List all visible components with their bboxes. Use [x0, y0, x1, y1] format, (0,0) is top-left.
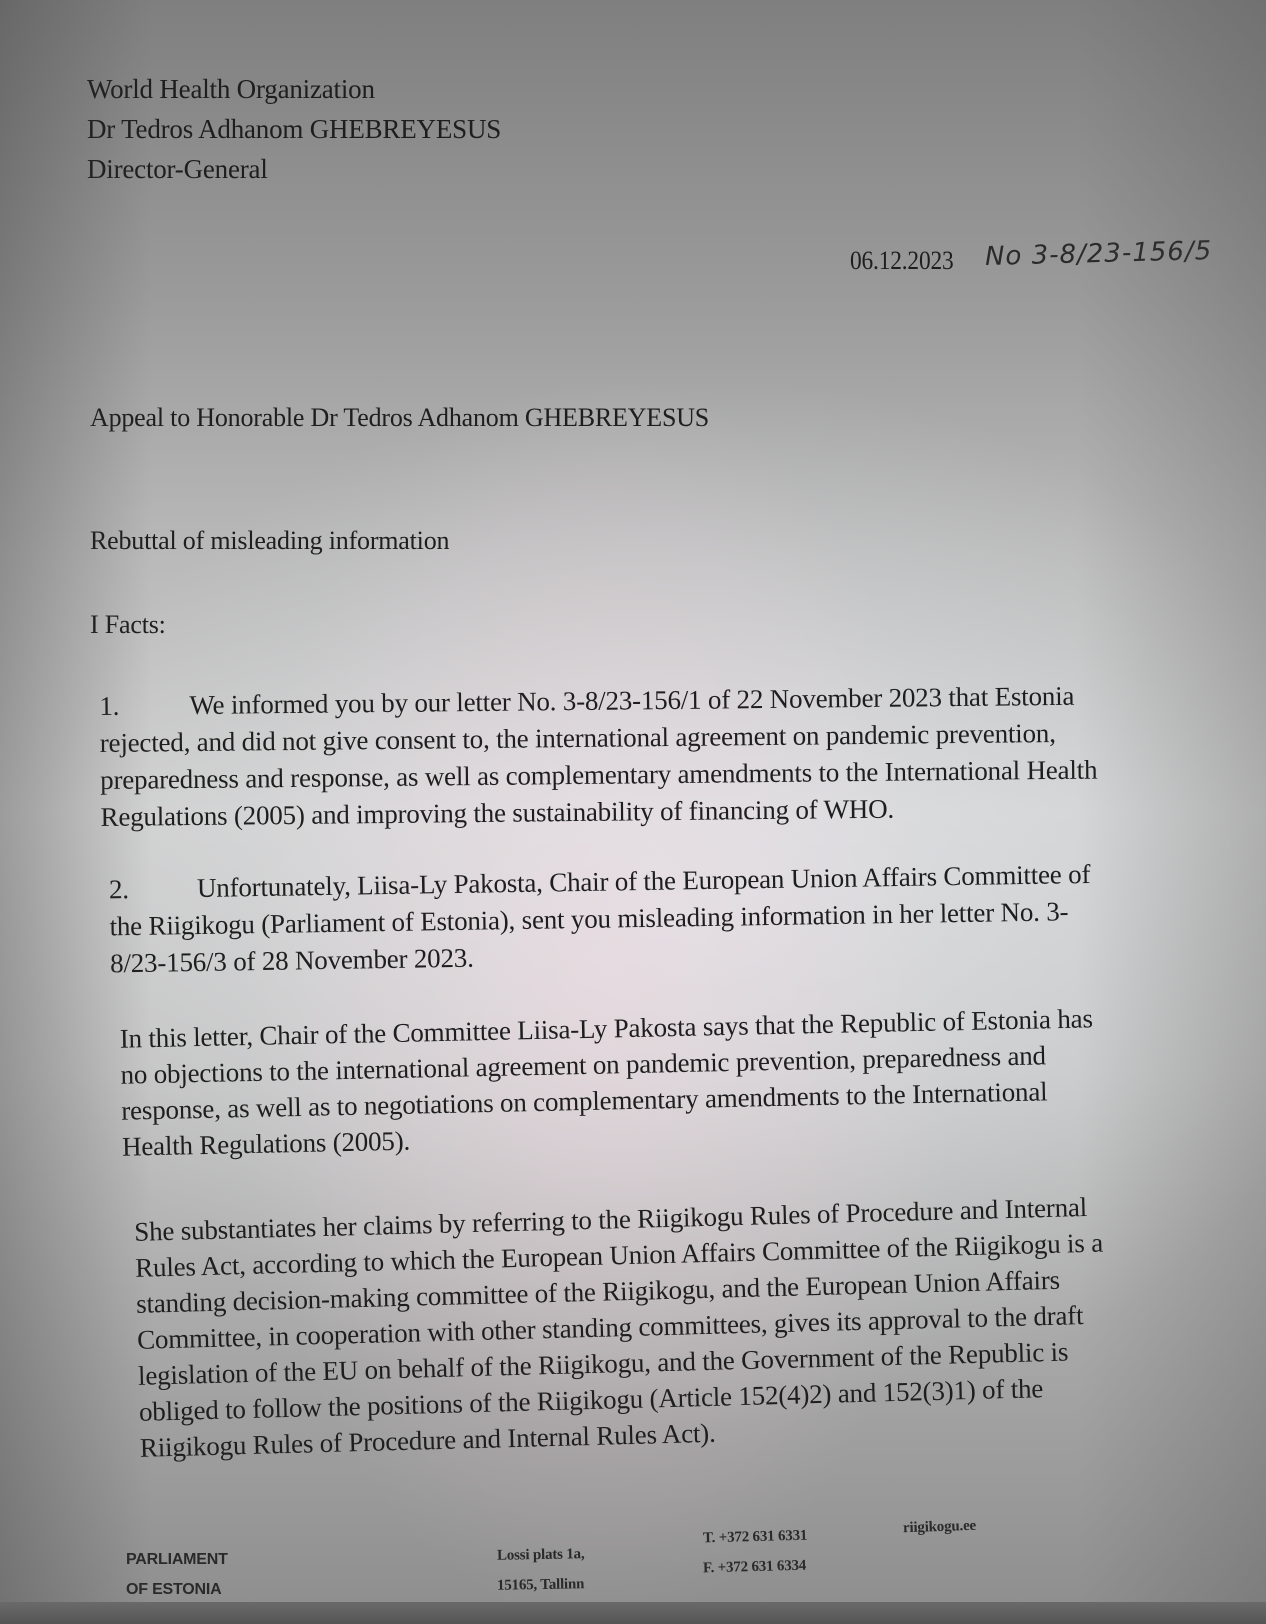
- paragraph-line: We informed you by our letter No. 3-8/23…: [189, 683, 1074, 719]
- paragraph-number: 2.: [109, 876, 129, 903]
- paragraph-number: 1.: [99, 693, 119, 720]
- footer-phone: T. +372 631 6331: [703, 1529, 808, 1547]
- paragraph-line: Regulations (2005) and improving the sus…: [100, 796, 894, 831]
- letter-page: World Health Organization Dr Tedros Adha…: [0, 0, 1266, 1624]
- recipient-organization: World Health Organization: [87, 76, 375, 103]
- paragraph-line: Health Regulations (2005).: [122, 1128, 411, 1161]
- paragraph-line: 8/23-156/3 of 28 November 2023.: [110, 945, 474, 978]
- paragraph-line: the Riigikogu (Parliament of Estonia), s…: [109, 898, 1068, 940]
- paragraph-line: Unfortunately, Liisa-Ly Pakosta, Chair o…: [197, 861, 1091, 902]
- paper-bottom-edge: [0, 1602, 1266, 1624]
- appeal-heading: Appeal to Honorable Dr Tedros Adhanom GH…: [90, 405, 709, 431]
- footer-website: riigikogu.ee: [903, 1519, 976, 1537]
- section-heading-facts: I Facts:: [90, 612, 166, 638]
- recipient-title: Director-General: [87, 156, 268, 183]
- footer-address-line2: 15165, Tallinn: [497, 1577, 584, 1594]
- paragraph-line: Riigikogu Rules of Procedure and Interna…: [140, 1420, 716, 1462]
- paragraph-line: rejected, and did not give consent to, t…: [100, 720, 1056, 757]
- subject-line: Rebuttal of misleading information: [90, 528, 449, 554]
- letter-date: 06.12.2023: [850, 248, 954, 274]
- recipient-name: Dr Tedros Adhanom GHEBREYESUS: [87, 116, 501, 143]
- footer-fax: F. +372 631 6334: [703, 1559, 806, 1577]
- handwritten-reference-number: No 3-8/23-156/5: [985, 238, 1213, 270]
- footer-org-line2: OF ESTONIA: [126, 1582, 222, 1598]
- footer-address-line1: Lossi plats 1a,: [497, 1547, 585, 1564]
- footer-org-line1: PARLIAMENT: [126, 1552, 228, 1568]
- paragraph-line: preparedness and response, as well as co…: [100, 757, 1097, 794]
